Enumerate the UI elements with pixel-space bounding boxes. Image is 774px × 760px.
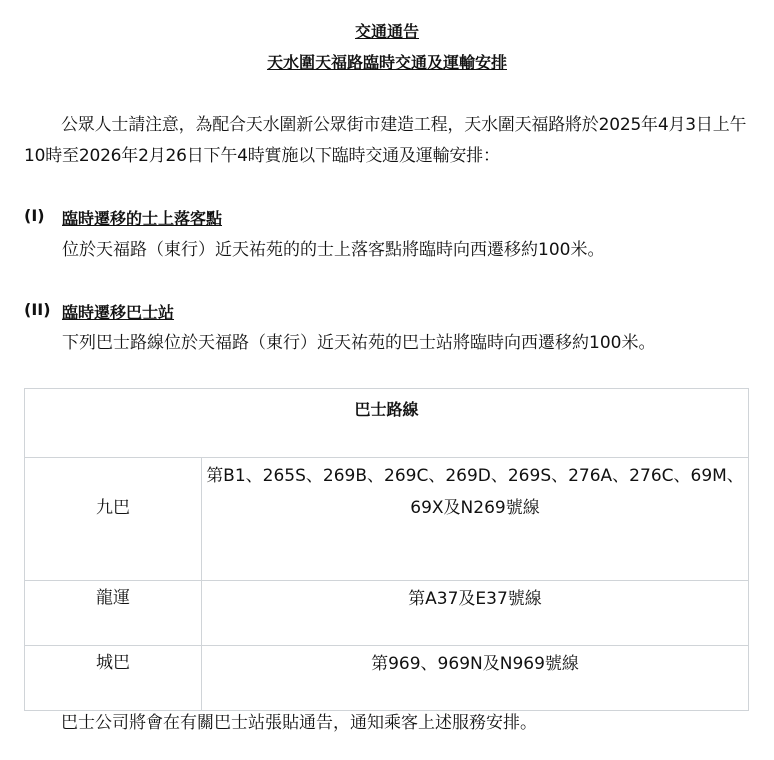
routes-cell: 第969、969N及N969號線 [202, 646, 749, 711]
section-2-heading: 臨時遷移巴士站 [62, 300, 174, 323]
intro-paragraph: 公眾人士請注意，為配合天水圍新公眾街市建造工程，天水圍天福路將於2025年4月3… [24, 110, 759, 172]
routes-cell: 第B1、265S、269B、269C、269D、269S、276A、276C、6… [202, 458, 749, 581]
closing-paragraph: 巴士公司將會在有關巴士站張貼通告，通知乘客上述服務安排。 [61, 708, 537, 733]
notice-subtitle: 天水圍天福路臨時交通及運輸安排 [0, 50, 774, 73]
section-1-number: (I) [24, 206, 45, 225]
table-row: 城巴 第969、969N及N969號線 [25, 646, 749, 711]
bus-routes-table: 巴士路線 九巴 第B1、265S、269B、269C、269D、269S、276… [24, 388, 749, 711]
section-1-heading: 臨時遷移的士上落客點 [62, 206, 222, 229]
table-row: 九巴 第B1、265S、269B、269C、269D、269S、276A、276… [25, 458, 749, 581]
routes-cell: 第A37及E37號線 [202, 581, 749, 646]
operator-cell: 龍運 [25, 581, 202, 646]
section-1-body: 位於天福路（東行）近天祐苑的的士上落客點將臨時向西遷移約100米。 [62, 235, 604, 260]
table-header-row: 巴士路線 [25, 389, 749, 458]
section-2-number: (II) [24, 300, 51, 319]
table-row: 龍運 第A37及E37號線 [25, 581, 749, 646]
section-2-body: 下列巴士路線位於天福路（東行）近天祐苑的巴士站將臨時向西遷移約100米。 [62, 328, 655, 353]
table-header: 巴士路線 [25, 389, 749, 458]
notice-title: 交通通告 [0, 19, 774, 42]
operator-cell: 九巴 [25, 458, 202, 581]
operator-cell: 城巴 [25, 646, 202, 711]
